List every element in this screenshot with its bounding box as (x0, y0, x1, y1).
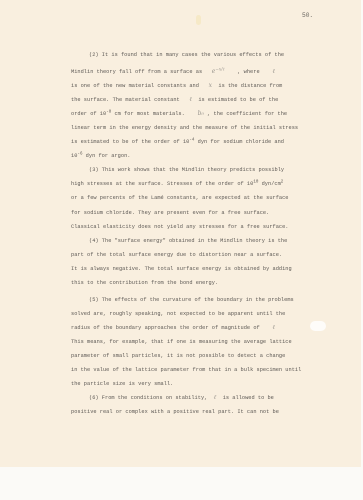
document-page: 50. (2) It is found that in many cases t… (0, 0, 361, 467)
text: is allowed to be (223, 395, 274, 401)
b0-symbol: b₀ (198, 110, 204, 117)
ell-symbol: ℓ (272, 68, 275, 75)
text: high stresses at the surface. Stresses o… (71, 181, 253, 187)
exponent: 2 (281, 181, 284, 185)
text: radius of the boundary approaches the or… (71, 325, 260, 331)
p3-line-2: high stresses at the surface. Stresses o… (71, 177, 333, 191)
text: , where (237, 69, 259, 75)
text: is one of the new material constants and (71, 83, 199, 89)
p3-line-5: Classical elasticity does not yield any … (71, 220, 333, 234)
text: cm for most materials. (111, 111, 185, 117)
text: (6) From the conditions on stability, (89, 395, 207, 401)
ell-symbol: ℓ (189, 96, 192, 103)
page-number: 50. (302, 12, 313, 19)
ell-symbol: ℓ (214, 394, 217, 401)
p5-line-3: radius of the boundary approaches the or… (71, 321, 333, 335)
text: is estimated to be of the order of 10 (71, 139, 189, 145)
text: dyn for sodium chloride and (194, 139, 284, 145)
p5-line-5: parameter of small particles, it is not … (71, 349, 333, 363)
text: dyn for argon. (82, 153, 130, 159)
p2-line-3: is one of the new material constants and… (71, 79, 333, 93)
p5-line-4: This means, for example, that if one is … (71, 335, 333, 349)
p2-line-6: linear term in the energy density and th… (71, 121, 333, 135)
p2-line-4: the surface. The material constant ℓ is … (71, 93, 333, 107)
ell-symbol: ℓ (273, 324, 276, 331)
text: Mindlin theory fall off from a surface a… (71, 69, 202, 75)
p5-line-7: the particle size is very small. (71, 377, 333, 391)
p5-line-2: solved are, roughly speaking, not expect… (71, 307, 333, 321)
p2-line-5: order of 10-8 cm for most materials. b₀ … (71, 107, 333, 121)
p4-line-1: (4) The "surface energy" obtained in the… (71, 234, 333, 248)
p6-line-1: (6) From the conditions on stability, ℓ … (71, 391, 333, 405)
p4-line-2: part of the total surface energy due to … (71, 248, 333, 262)
p3-line-1: (3) This work shows that the Mindlin the… (71, 163, 333, 177)
body-text: (2) It is found that in many cases the v… (71, 48, 333, 419)
p2-line-1: (2) It is found that in many cases the v… (71, 48, 333, 62)
text: is estimated to be of the (198, 97, 278, 103)
p3-line-4: for sodium chloride. They are present ev… (71, 206, 333, 220)
text: the surface. The material constant (71, 97, 180, 103)
x-symbol: x (209, 82, 212, 89)
text: dyn/cm (258, 181, 280, 187)
p4-line-4: this to the contribution from the bond e… (71, 276, 333, 290)
p2-line-2: Mindlin theory fall off from a surface a… (71, 65, 333, 79)
p5-line-6: in the value of the lattice parameter fr… (71, 363, 333, 377)
p4-line-3: It is always negative. The total surface… (71, 262, 333, 276)
p3-line-3: or a few percents of the Lamé constants,… (71, 191, 333, 205)
p2-line-8: 10-6 dyn for argon. (71, 149, 333, 163)
exp-decay-formula: e−x/ℓ (212, 68, 225, 75)
paper-blot (310, 321, 326, 331)
paper-stain (196, 15, 201, 25)
p6-line-2: positive real or complex with a positive… (71, 405, 333, 419)
text: is the distance from (218, 83, 282, 89)
p5-line-1: (5) The effects of the curvature of the … (71, 293, 333, 307)
text: , the coefficient for the (207, 111, 287, 117)
text: order of 10 (71, 111, 106, 117)
p2-line-7: is estimated to be of the order of 10-4 … (71, 135, 333, 149)
